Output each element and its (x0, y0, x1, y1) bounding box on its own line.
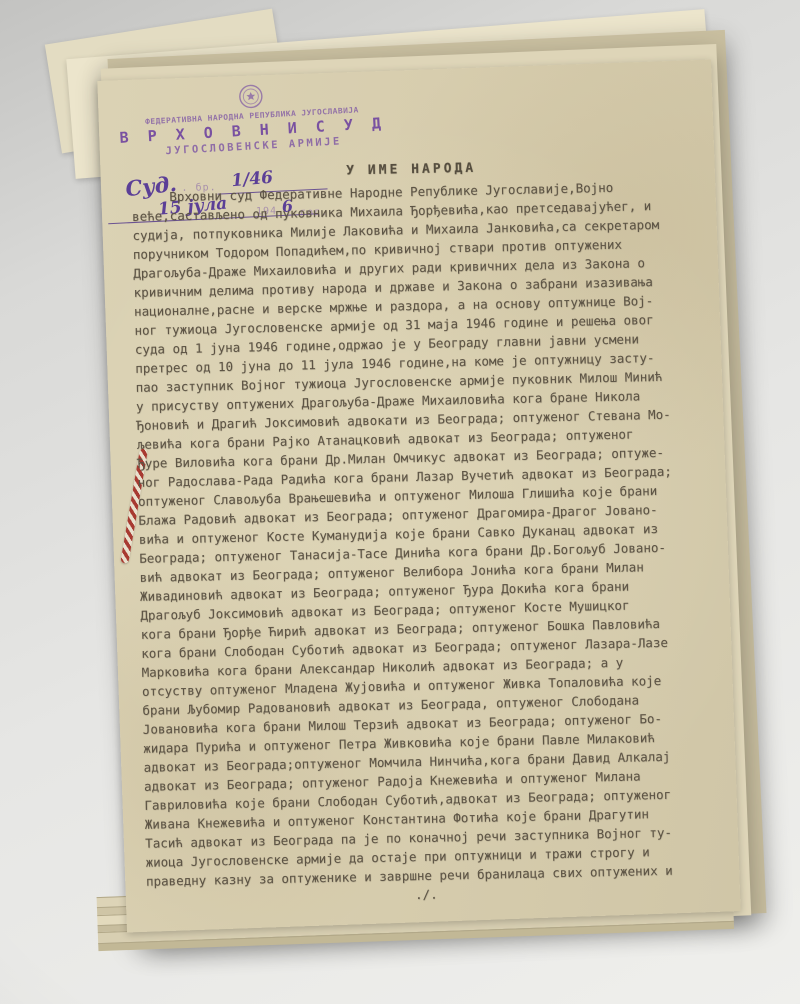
official-stamp: ФЕДЕРАТИВНА НАРОДНА РЕПУБЛИКА ЈУГОСЛАВИЈ… (110, 76, 393, 161)
document-page: ФЕДЕРАТИВНА НАРОДНА РЕПУБЛИКА ЈУГОСЛАВИЈ… (97, 60, 740, 933)
photo-backdrop: ФЕДЕРАТИВНА НАРОДНА РЕПУБЛИКА ЈУГОСЛАВИЈ… (0, 0, 800, 1004)
coat-of-arms-icon (237, 83, 264, 110)
document-body-text: Врховни суд Федеративне Народне Републик… (131, 176, 708, 891)
